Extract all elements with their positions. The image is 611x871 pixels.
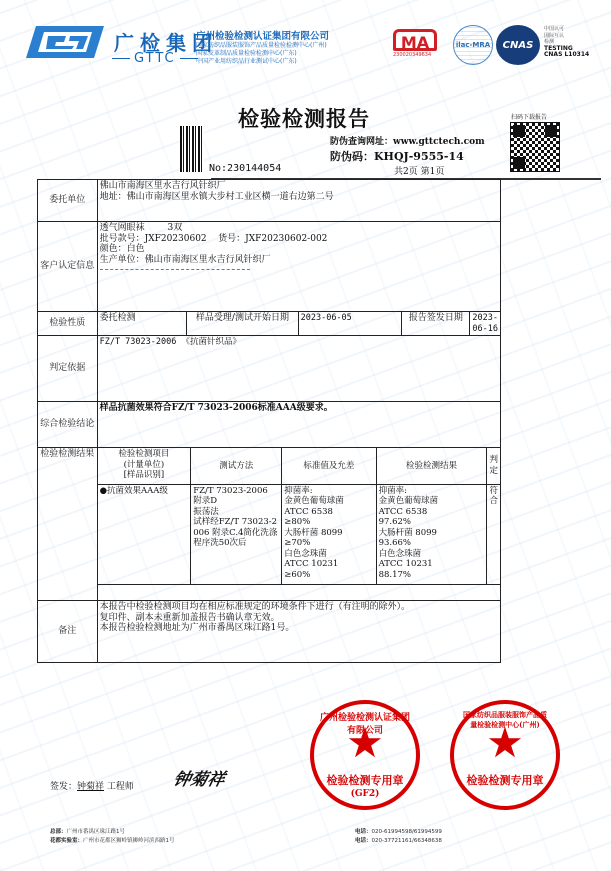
qr-code-icon[interactable]	[510, 122, 560, 172]
seal-bottom-text: 检验检测专用章	[314, 772, 416, 788]
qr-label: 扫码下载报告	[511, 112, 547, 121]
page-indicator: 共2页 第1页	[394, 164, 444, 177]
remarks-value: 本报告中检验检测项目均在相应标准规定的环境条件下进行（有注明的除外）。 复印件、…	[97, 601, 500, 663]
phone-2: 020-37721161/66348638	[372, 838, 442, 844]
basis-value: FZ/T 73023-2006 《抗菌针织品》	[97, 336, 500, 402]
phone-label: 电话：	[355, 838, 372, 844]
issue-date-label: 报告签发日期	[402, 312, 470, 336]
col-result-header: 检验检测结果	[376, 448, 487, 484]
seal-national-center: 国家纺织品服装服饰产品质量检验检测中心(广州) ★ 检验检测专用章	[450, 700, 560, 810]
cnas-text-block: 中国认可 国际互认 检测 TESTING CNAS L10314	[544, 26, 589, 59]
star-icon: ★	[486, 722, 524, 764]
company-name: 广州检验检测认证集团有限公司	[196, 28, 329, 42]
remarks-row: 备注 本报告中检验检测项目均在相应标准规定的环境条件下进行（有注明的除外）。 复…	[38, 601, 501, 663]
results-table: 检验检测项目 (计量单位) [样品识别] 测试方法 标准值及允差 检验检测结果 …	[98, 448, 500, 600]
sample-color: 颜色：白色	[100, 244, 498, 255]
results-cell: 检验检测项目 (计量单位) [样品识别] 测试方法 标准值及允差 检验检测结果 …	[97, 448, 500, 601]
remark-3: 本报告检验检测地址为广州市番禺区珠江路1号。	[100, 623, 498, 634]
result-verdict: 符合	[487, 484, 500, 584]
report-title: 检验检测报告	[238, 103, 370, 133]
client-label: 委托单位	[38, 180, 98, 222]
footer-phones: 电话：020-61994598/61994599 电话：020-37721161…	[355, 828, 442, 846]
client-value: 佛山市南海区里水吉行风针织厂 地址：佛山市南海区里水镇大步村工业区横一道右边第二…	[97, 180, 500, 222]
col-verdict-header: 判定	[487, 448, 500, 484]
result-standard: 抑菌率: 金黄色葡萄球菌 ATCC 6538 ≥80% 大肠杆菌 8099 ≥7…	[282, 484, 376, 584]
signer-name: 钟菊祥	[77, 782, 104, 792]
batch-number: 批号款号：JXF20230602 货号：JXF20230602-002	[100, 234, 498, 245]
phone-line-2: 电话：020-37721161/66348638	[355, 837, 442, 846]
cma-number: 230020349634	[393, 52, 443, 58]
result-item: ●抗菌效果AAA级	[98, 484, 191, 584]
lab-label: 花都实验室：	[50, 838, 83, 844]
conclusion-value: 样品抗菌效果符合FZ/T 73023-2006标准AAA级要求。	[97, 402, 500, 448]
nature-value: 委托检测	[97, 312, 187, 336]
cma-mark-icon: MA 230020349634	[393, 29, 443, 58]
phone-label: 电话：	[355, 829, 372, 835]
signer-title: 工程师	[107, 782, 134, 792]
results-data-row: ●抗菌效果AAA级 FZ/T 73023-2006 附录D 振荡法 试样经FZ/…	[98, 484, 500, 584]
antifake-url[interactable]: 防伪查询网址：www.gttctech.com	[330, 134, 485, 147]
results-row: 检验检测结果 检验检测项目 (计量单位) [样品识别] 测试方法 标准值及允差 …	[38, 448, 501, 601]
brand-en-text: GTTC	[134, 51, 176, 66]
handwritten-signature: 钟菊祥	[171, 765, 227, 790]
col-standard-header: 标准值及允差	[282, 448, 376, 484]
cma-label: MA	[393, 29, 437, 51]
client-name: 佛山市南海区里水吉行风针织厂	[100, 181, 498, 192]
antifake-code: 防伪码：KHQJ-9555-14	[330, 148, 464, 164]
phone-1: 020-61994598/61994599	[372, 829, 442, 835]
remarks-label: 备注	[38, 601, 98, 663]
results-label: 检验检测结果	[38, 448, 98, 601]
footer-addresses: 总部：广州市番禺区珠江路1号 花都实验室：广州市花都区狮岭镇狮岭河滨西路1号	[50, 828, 175, 846]
customer-info-row: 客户认定信息 透气网眼袜 3双 批号款号：JXF20230602 货号：JXF2…	[38, 222, 501, 312]
signature-prefix: 签发：	[50, 782, 77, 792]
lab-address: 广州市花都区狮岭镇狮岭河滨西路1号	[83, 838, 175, 844]
company-block: 广州检验检测认证集团有限公司 国家纺织品服装服饰产品质量检验检测中心(广州) 国…	[196, 28, 329, 66]
manufacturer: 生产单位：佛山市南海区里水吉行风针织厂	[100, 255, 498, 266]
dashed-divider	[100, 267, 250, 270]
basis-label: 判定依据	[38, 336, 98, 402]
results-empty-row	[98, 584, 500, 600]
result-value: 抑菌率: 金黄色葡萄球菌 ATCC 6538 97.62% 大肠杆菌 8099 …	[376, 484, 487, 584]
lab-address-line: 花都实验室：广州市花都区狮岭镇狮岭河滨西路1号	[50, 837, 175, 846]
hq-label: 总部：	[50, 829, 67, 835]
client-row: 委托单位 佛山市南海区里水吉行风针织厂 地址：佛山市南海区里水镇大步村工业区横一…	[38, 180, 501, 222]
gttc-logo-icon	[26, 22, 104, 62]
start-date: 2023-06-05	[298, 312, 402, 336]
seal-gttc: 广州检验检测认证集团有限公司 ★ 检验检测专用章 (GF2)	[310, 700, 420, 810]
client-address: 地址：佛山市南海区里水镇大步村工业区横一道右边第二号	[100, 192, 498, 203]
remark-1: 本报告中检验检测项目均在相应标准规定的环境条件下进行（有注明的除外）。	[100, 602, 498, 613]
divider-line	[180, 58, 198, 59]
customer-info-value: 透气网眼袜 3双 批号款号：JXF20230602 货号：JXF20230602…	[97, 222, 500, 312]
ilac-mra-icon: ilac-MRA	[453, 25, 493, 65]
report-number: No:230144054	[209, 163, 281, 174]
nature-label: 检验性质	[38, 312, 98, 336]
col-method-header: 测试方法	[191, 448, 282, 484]
company-sub-3: 中国产业用纺织品行业测试中心(广东)	[196, 58, 329, 66]
start-date-label: 样品受理/测试开始日期	[187, 312, 298, 336]
hq-address-line: 总部：广州市番禺区珠江路1号	[50, 828, 175, 837]
hq-address: 广州市番禺区珠江路1号	[67, 829, 126, 835]
col-item-header: 检验检测项目 (计量单位) [样品识别]	[98, 448, 191, 484]
issue-date: 2023-06-16	[470, 312, 501, 336]
divider-line	[112, 58, 130, 59]
sample-name: 透气网眼袜 3双	[100, 223, 498, 234]
star-icon: ★	[346, 722, 384, 764]
conclusion-label: 综合检验结论	[38, 402, 98, 448]
cnas-number: CNAS L10314	[544, 52, 589, 59]
nature-row: 检验性质 委托检测 样品受理/测试开始日期 2023-06-05 报告签发日期 …	[38, 312, 501, 336]
cnas-icon: CNAS	[496, 25, 540, 65]
basis-row: 判定依据 FZ/T 73023-2006 《抗菌针织品》	[38, 336, 501, 402]
company-sub-2: 国家皮革制品质量检验检测中心(广东)	[196, 50, 329, 58]
brand-english-name: GTTC	[112, 51, 198, 66]
report-table: 委托单位 佛山市南海区里水吉行风针织厂 地址：佛山市南海区里水镇大步村工业区横一…	[37, 179, 501, 663]
results-header-row: 检验检测项目 (计量单位) [样品识别] 测试方法 标准值及允差 检验检测结果 …	[98, 448, 500, 484]
phone-line-1: 电话：020-61994598/61994599	[355, 828, 442, 837]
signature-line: 签发：钟菊祥 工程师	[50, 779, 134, 792]
company-sub-1: 国家纺织品服装服饰产品质量检验检测中心(广州)	[196, 42, 329, 50]
customer-info-label: 客户认定信息	[38, 222, 98, 312]
result-method: FZ/T 73023-2006 附录D 振荡法 试样经FZ/T 73023-20…	[191, 484, 282, 584]
seal-bottom-text: 检验检测专用章	[454, 772, 556, 788]
remark-2: 复印件、副本未重新加盖报告书确认章无效。	[100, 613, 498, 624]
conclusion-row: 综合检验结论 样品抗菌效果符合FZ/T 73023-2006标准AAA级要求。	[38, 402, 501, 448]
empty-cell	[98, 584, 500, 600]
seal-code: (GF2)	[314, 789, 416, 799]
barcode-icon	[180, 126, 204, 172]
